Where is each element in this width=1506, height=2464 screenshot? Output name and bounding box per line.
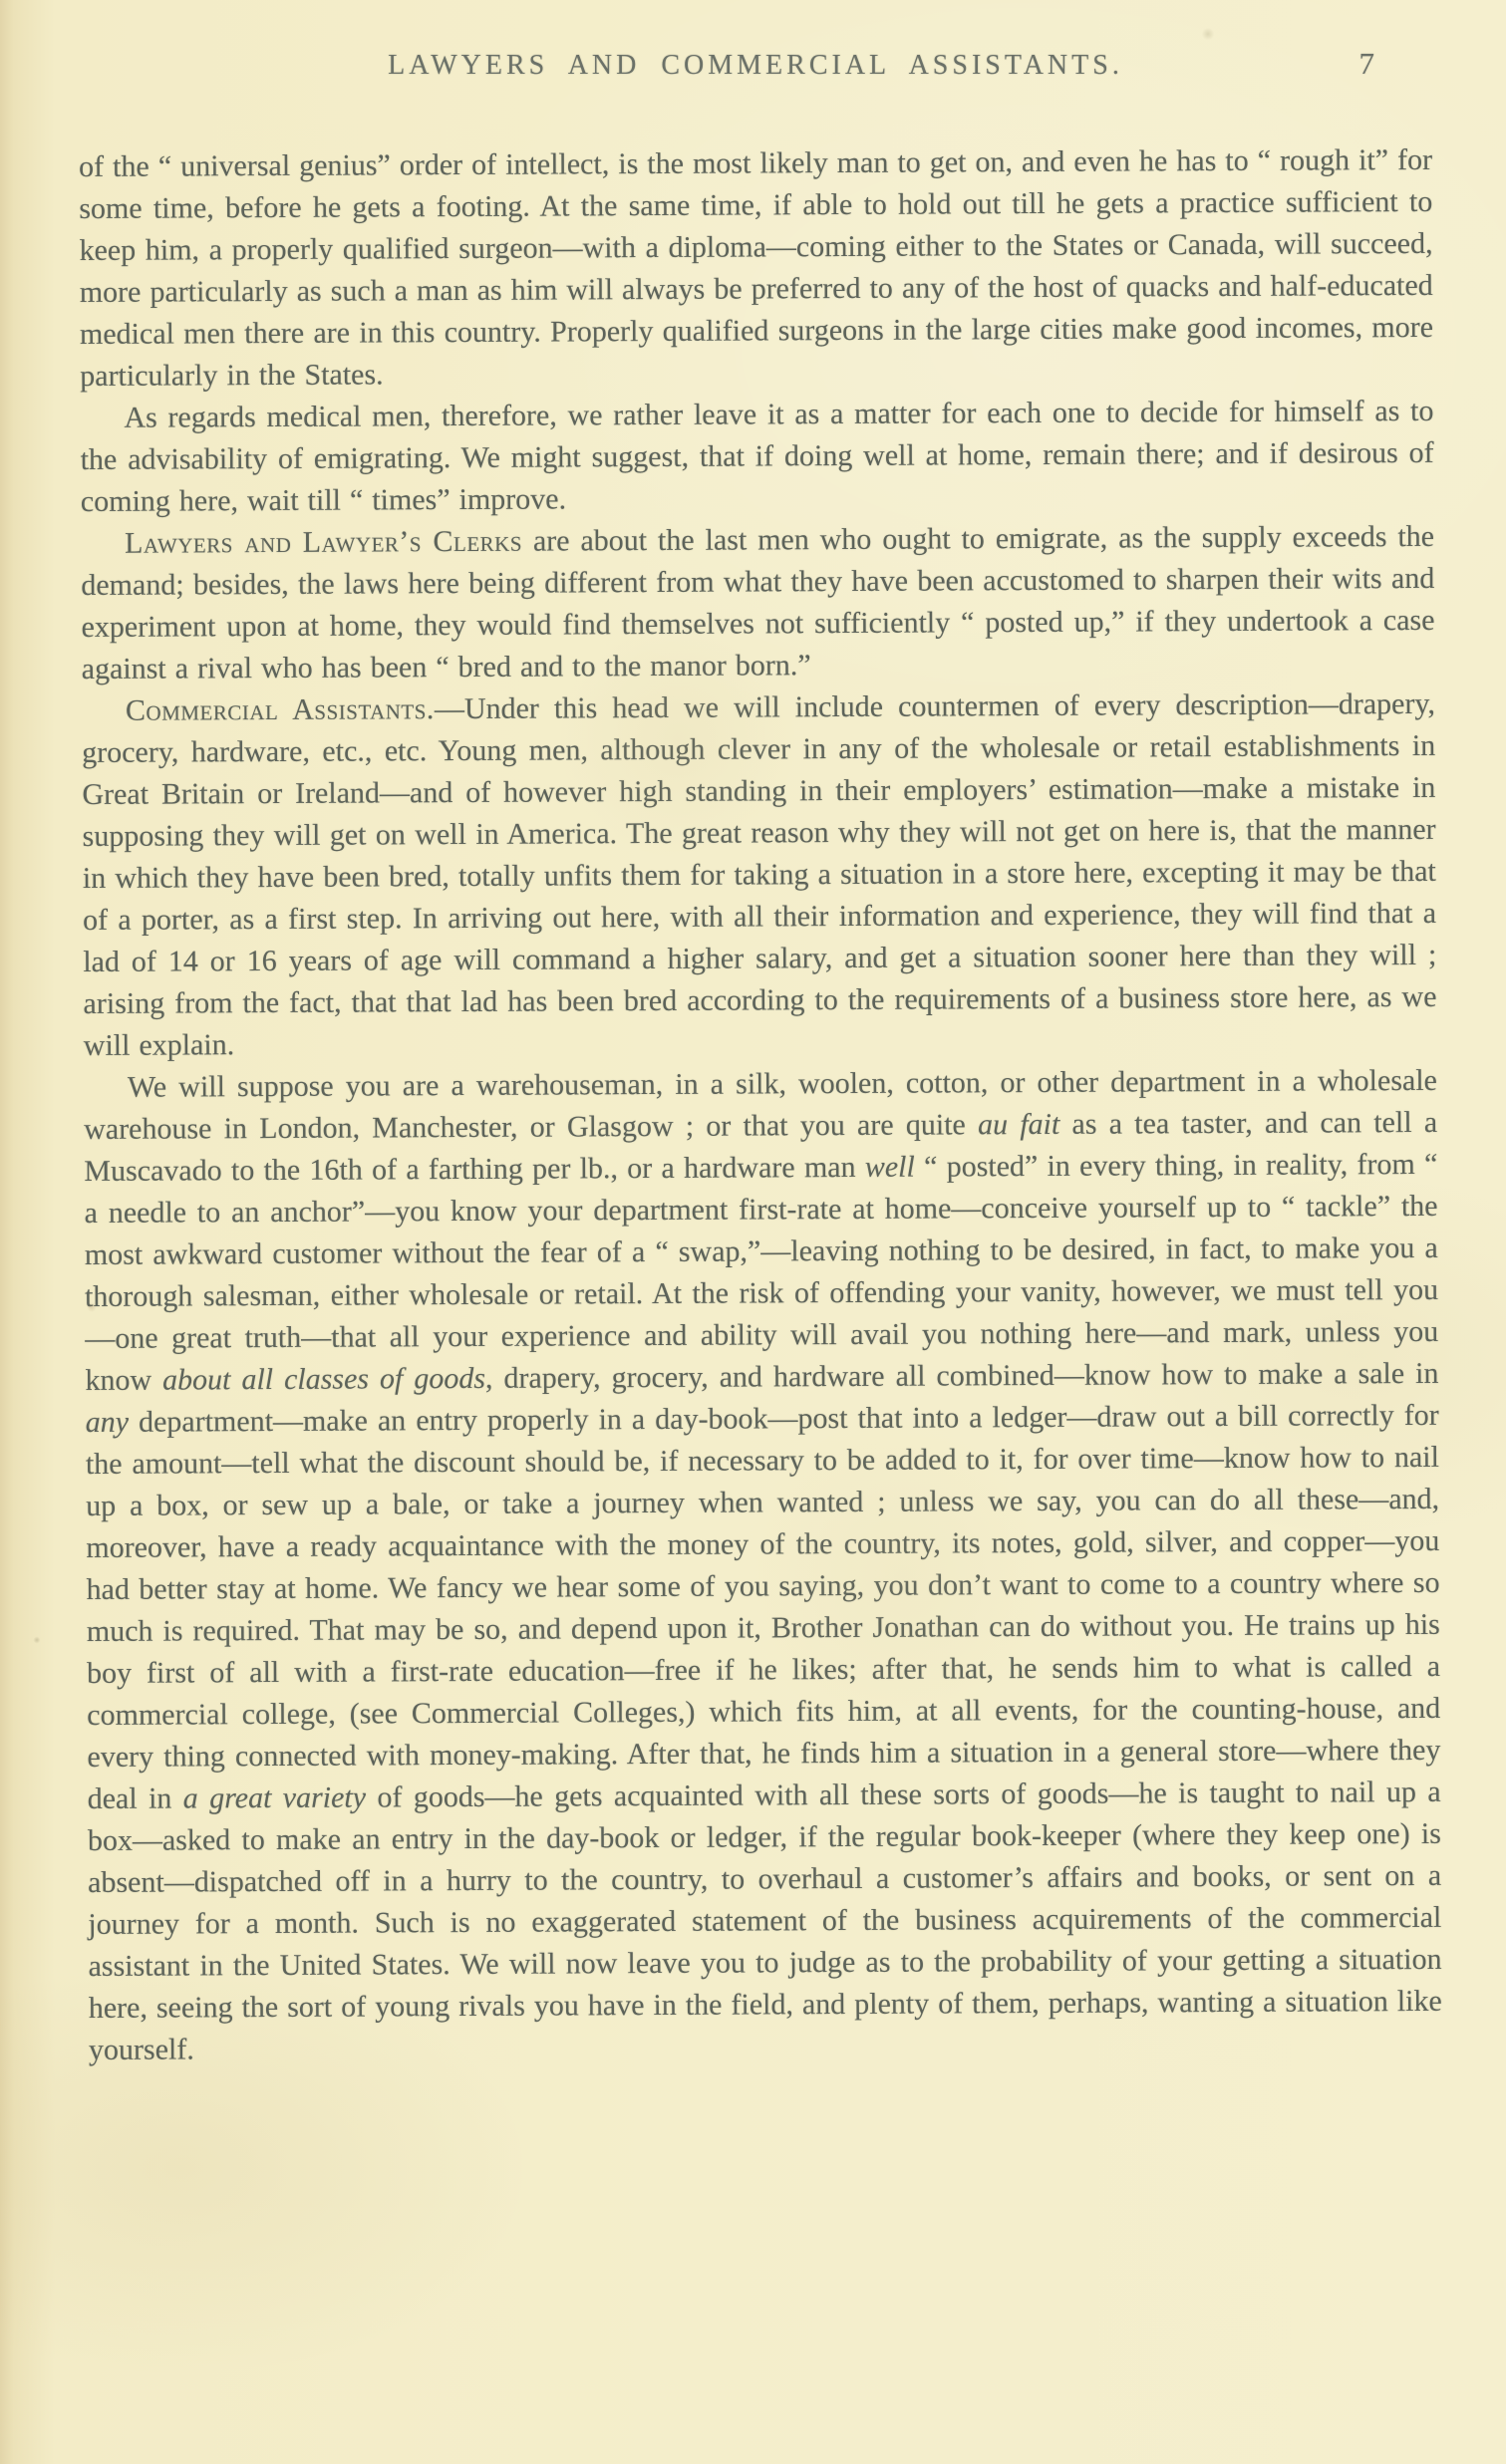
text-run: , drapery, grocery, and hardware all com… (485, 1357, 1439, 1395)
paragraph: As regards medical men, therefore, we ra… (80, 391, 1434, 523)
page-text: of the “ universal genius” order of inte… (79, 139, 1442, 2071)
text-run: department—make an entry properly in a d… (86, 1399, 1441, 1815)
paragraph: We will suppose you are a warehouseman, … (84, 1060, 1442, 2071)
book-page: LAWYERS AND COMMERCIAL ASSISTANTS. 7 of … (0, 0, 1506, 2464)
page-number: 7 (1359, 46, 1375, 82)
italic-run: about all classes of goods (162, 1362, 485, 1397)
paragraph: Commercial Assistants.—Under this head w… (82, 684, 1437, 1067)
paragraph: of the “ universal genius” order of inte… (79, 139, 1433, 398)
italic-run: au fait (978, 1108, 1059, 1141)
text-run: of goods—he gets acquainted with all the… (88, 1776, 1442, 2066)
text-run: of the “ universal genius” order of inte… (79, 143, 1433, 393)
italic-run: well (865, 1151, 915, 1184)
running-header: LAWYERS AND COMMERCIAL ASSISTANTS. (79, 50, 1432, 82)
text-run: As regards medical men, therefore, we ra… (81, 395, 1434, 518)
smallcaps-run: Commercial Assistants. (126, 692, 435, 727)
italic-run: any (86, 1406, 130, 1439)
italic-run: a great variety (183, 1781, 366, 1815)
smallcaps-run: Lawyers and Lawyer’s Clerks (125, 525, 522, 560)
paragraph: Lawyers and Lawyer’s Clerks are about th… (81, 516, 1435, 690)
text-run: —Under this head we will include counter… (82, 687, 1436, 1062)
